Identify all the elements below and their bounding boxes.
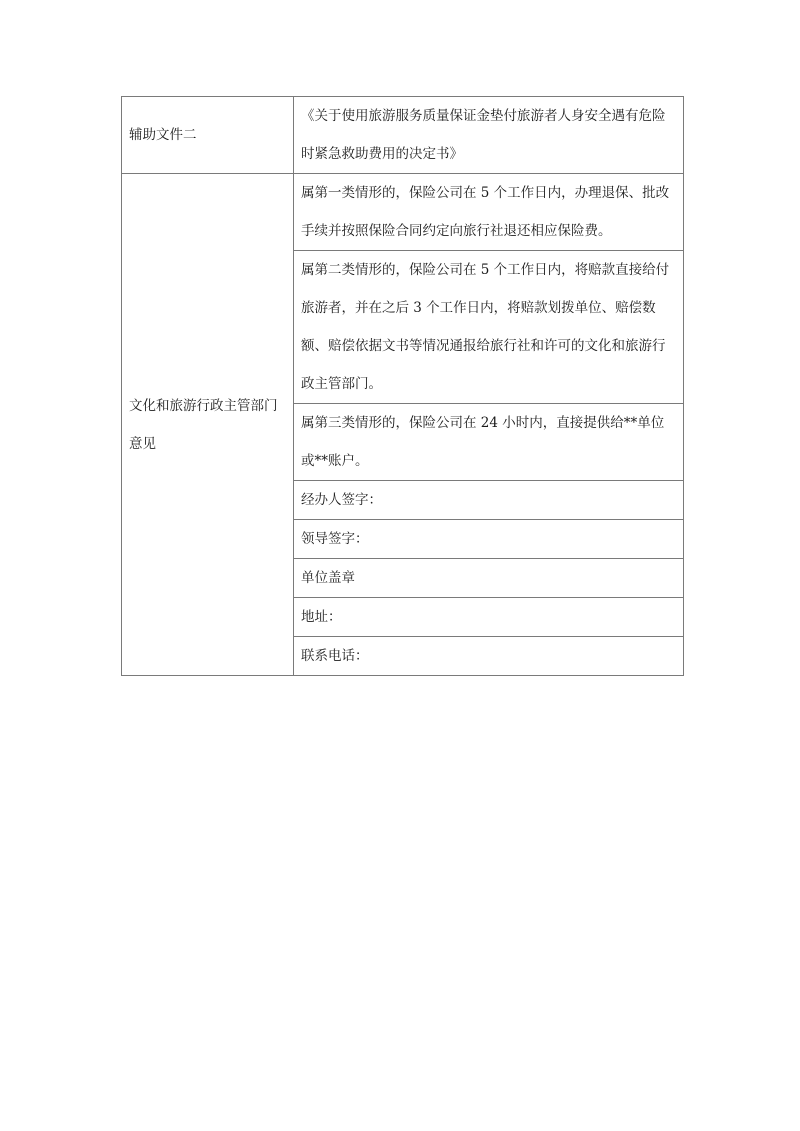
table-row-opinion: 文化和旅游行政主管部门意见 属第一类情形的，保险公司在 5 个工作日内，办理退保… [122, 174, 684, 251]
document-table: 辅助文件二 《关于使用旅游服务质量保证金垫付旅游者人身安全遇有危险时紧急救助费用… [121, 96, 684, 676]
unit-seal-field: 单位盖章 [294, 559, 684, 598]
aux-document-content: 《关于使用旅游服务质量保证金垫付旅游者人身安全遇有危险时紧急救助费用的决定书》 [294, 97, 684, 174]
handler-signature-field: 经办人签字： [294, 481, 684, 520]
case-two-text: 属第二类情形的，保险公司在 5 个工作日内，将赔款直接给付旅游者，并在之后 3 … [294, 251, 684, 404]
aux-document-label: 辅助文件二 [122, 97, 294, 174]
table-row-aux-document: 辅助文件二 《关于使用旅游服务质量保证金垫付旅游者人身安全遇有危险时紧急救助费用… [122, 97, 684, 174]
leader-signature-field: 领导签字： [294, 520, 684, 559]
case-three-text: 属第三类情形的，保险公司在 24 小时内，直接提供给**单位或**账户。 [294, 404, 684, 481]
address-field: 地址： [294, 598, 684, 637]
case-one-text: 属第一类情形的，保险公司在 5 个工作日内，办理退保、批改手续并按照保险合同约定… [294, 174, 684, 251]
opinion-label: 文化和旅游行政主管部门意见 [122, 174, 294, 676]
phone-field: 联系电话： [294, 637, 684, 676]
